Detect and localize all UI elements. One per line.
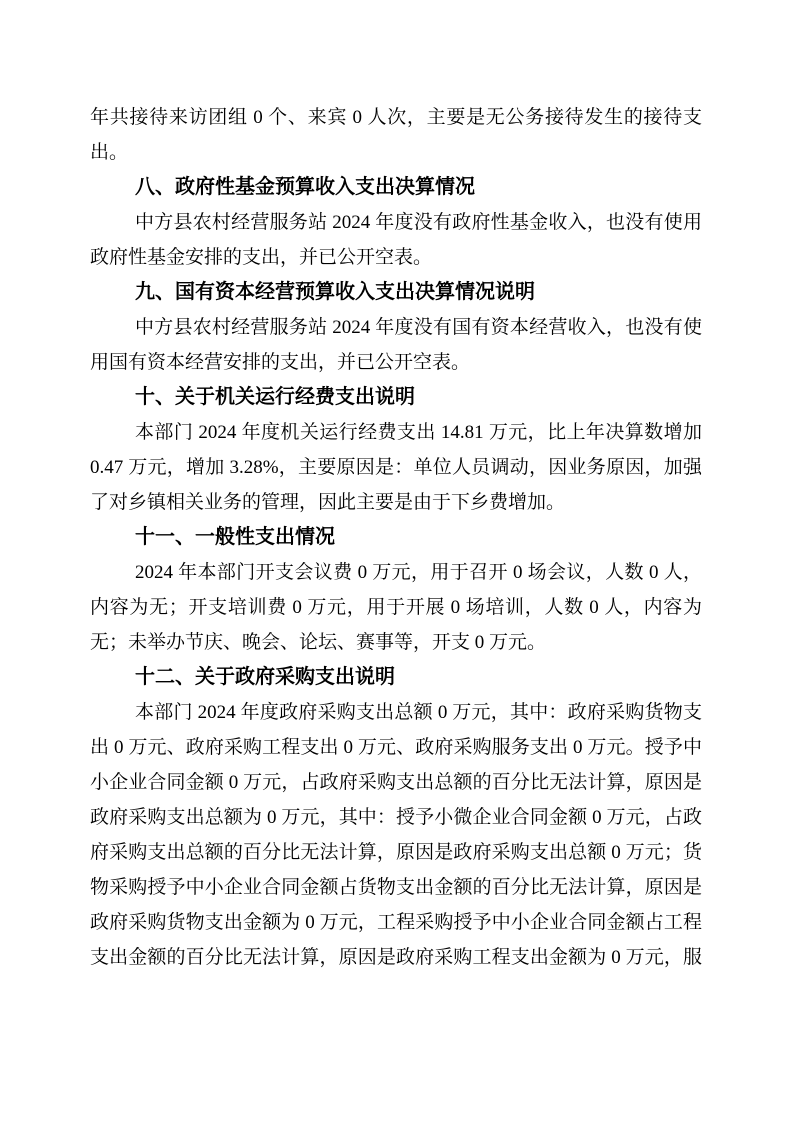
paragraph-line: 年共接待来访团组 0 个、来宾 0 人次，主要是无公务接待发生的接待支 bbox=[90, 100, 702, 135]
paragraph-line: 物采购授予中小企业合同金额占货物支出金额的百分比无法计算，原因是 bbox=[90, 870, 702, 905]
paragraph-line: 本部门 2024 年度政府采购支出总额 0 万元，其中：政府采购货物支 bbox=[90, 695, 702, 730]
paragraph-line: 小企业合同金额 0 万元，占政府采购支出总额的百分比无法计算，原因是 bbox=[90, 765, 702, 800]
paragraph-line: 本部门 2024 年度机关运行经费支出 14.81 万元，比上年决算数增加 bbox=[90, 415, 702, 450]
section-heading: 八、政府性基金预算收入支出决算情况 bbox=[90, 170, 702, 205]
section-heading: 九、国有资本经营预算收入支出决算情况说明 bbox=[90, 275, 702, 310]
paragraph-line: 中方县农村经营服务站 2024 年度没有政府性基金收入，也没有使用 bbox=[90, 205, 702, 240]
document-body: 年共接待来访团组 0 个、来宾 0 人次，主要是无公务接待发生的接待支出。八、政… bbox=[90, 100, 702, 975]
paragraph-line: 政府采购货物支出金额为 0 万元，工程采购授予中小企业合同金额占工程 bbox=[90, 905, 702, 940]
paragraph-line: 政府性基金安排的支出，并已公开空表。 bbox=[90, 240, 702, 275]
section-heading: 十二、关于政府采购支出说明 bbox=[90, 660, 702, 695]
paragraph-line: 支出金额的百分比无法计算，原因是政府采购工程支出金额为 0 万元，服 bbox=[90, 940, 702, 975]
section-heading: 十一、一般性支出情况 bbox=[90, 520, 702, 555]
paragraph-line: 政府采购支出总额为 0 万元，其中：授予小微企业合同金额 0 万元，占政 bbox=[90, 800, 702, 835]
section-heading: 十、关于机关运行经费支出说明 bbox=[90, 380, 702, 415]
paragraph-line: 无；未举办节庆、晚会、论坛、赛事等，开支 0 万元。 bbox=[90, 625, 702, 660]
paragraph-line: 出。 bbox=[90, 135, 702, 170]
paragraph-line: 用国有资本经营安排的支出，并已公开空表。 bbox=[90, 345, 702, 380]
paragraph-line: 中方县农村经营服务站 2024 年度没有国有资本经营收入，也没有使 bbox=[90, 310, 702, 345]
paragraph-line: 了对乡镇相关业务的管理，因此主要是由于下乡费增加。 bbox=[90, 485, 702, 520]
paragraph-line: 2024 年本部门开支会议费 0 万元，用于召开 0 场会议，人数 0 人， bbox=[90, 555, 702, 590]
paragraph-line: 府采购支出总额的百分比无法计算，原因是政府采购支出总额 0 万元；货 bbox=[90, 835, 702, 870]
paragraph-line: 0.47 万元，增加 3.28%，主要原因是：单位人员调动，因业务原因，加强 bbox=[90, 450, 702, 485]
document-page: 年共接待来访团组 0 个、来宾 0 人次，主要是无公务接待发生的接待支出。八、政… bbox=[0, 0, 793, 1122]
paragraph-line: 出 0 万元、政府采购工程支出 0 万元、政府采购服务支出 0 万元。授予中 bbox=[90, 730, 702, 765]
paragraph-line: 内容为无；开支培训费 0 万元，用于开展 0 场培训，人数 0 人，内容为 bbox=[90, 590, 702, 625]
